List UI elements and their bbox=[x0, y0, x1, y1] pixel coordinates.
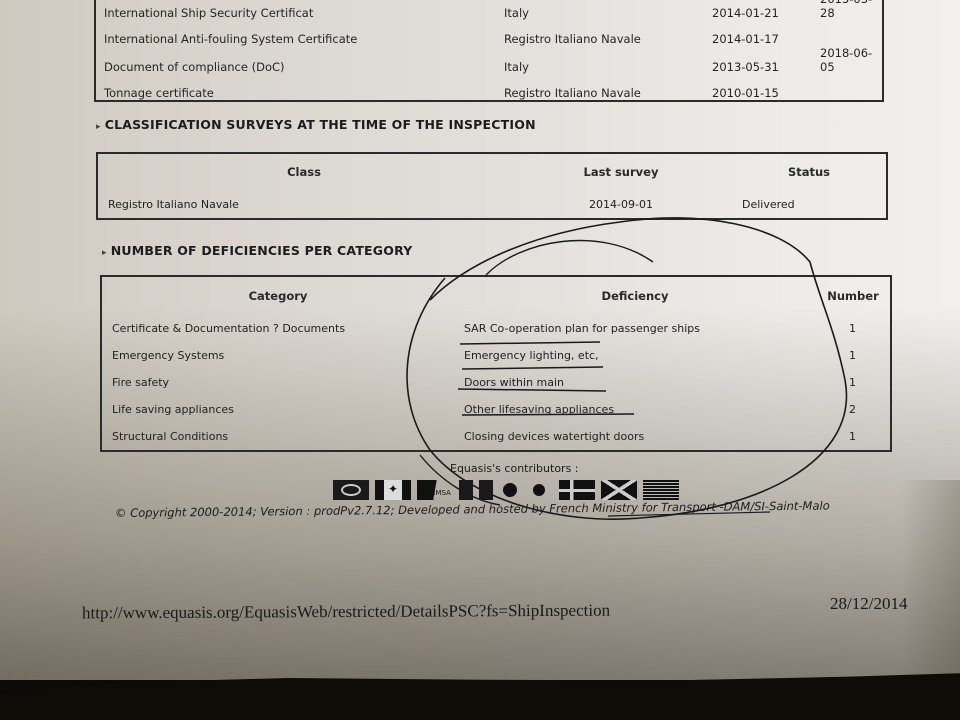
deficiency-category: Life saving appliances bbox=[101, 396, 454, 423]
cert-date-expiry bbox=[812, 74, 883, 101]
cert-date-expiry bbox=[812, 20, 883, 46]
contributor-flags: EMSA bbox=[333, 480, 679, 500]
brazil-flag-icon bbox=[333, 480, 369, 500]
bullet-icon: ▸ bbox=[102, 248, 107, 258]
table-header-row: Category Deficiency Number bbox=[101, 276, 891, 315]
norway-flag-icon bbox=[559, 480, 595, 500]
cert-date-issue: 2013-05-31 bbox=[704, 46, 812, 74]
table-row: International Anti-fouling System Certif… bbox=[95, 20, 883, 46]
bullet-icon: ▸ bbox=[96, 122, 101, 132]
last-survey-date: 2014-09-01 bbox=[510, 190, 732, 219]
cert-issuer: Registro Italiano Navale bbox=[496, 20, 704, 46]
cert-date-issue: 2014-01-21 bbox=[704, 0, 812, 20]
deficiency-category: Fire safety bbox=[101, 369, 454, 396]
deficiency-count: 1 bbox=[816, 423, 891, 451]
column-header-number: Number bbox=[816, 276, 891, 315]
deficiency-category: Emergency Systems bbox=[101, 342, 454, 369]
table-row: Tonnage certificate Registro Italiano Na… bbox=[95, 74, 883, 101]
deficiency-count: 1 bbox=[816, 369, 891, 396]
korea-flag-icon bbox=[527, 480, 553, 500]
deficiency-description: Doors within main bbox=[454, 369, 816, 396]
cert-date-expiry: 2018-06-05 bbox=[812, 46, 883, 74]
certificates-table: International Ship Security Certificat I… bbox=[94, 0, 884, 102]
table-header-row: Class Last survey Status bbox=[97, 153, 887, 190]
cert-issuer: Registro Italiano Navale bbox=[496, 74, 704, 101]
deficiency-count: 2 bbox=[816, 396, 891, 423]
class-name: Registro Italiano Navale bbox=[97, 190, 510, 219]
deficiencies-title-text: NUMBER OF DEFICIENCIES PER CATEGORY bbox=[111, 243, 413, 258]
canada-flag-icon bbox=[375, 480, 411, 500]
column-header-status: Status bbox=[732, 153, 887, 190]
column-header-last-survey: Last survey bbox=[510, 153, 732, 190]
france-flag-icon bbox=[459, 480, 473, 500]
japan-flag-icon bbox=[499, 480, 521, 500]
print-date: 28/12/2014 bbox=[830, 594, 907, 614]
italy-flag-icon bbox=[479, 480, 493, 500]
cert-name: Tonnage certificate bbox=[95, 74, 496, 101]
table-row: Fire safety Doors within main 1 bbox=[101, 369, 891, 396]
emsa-logo-text: EMSA bbox=[431, 489, 451, 497]
table-row: Structural Conditions Closing devices wa… bbox=[101, 423, 891, 451]
usa-flag-icon bbox=[643, 480, 679, 500]
table-row: Registro Italiano Navale 2014-09-01 Deli… bbox=[97, 190, 887, 219]
column-header-category: Category bbox=[101, 276, 454, 315]
deficiency-count: 1 bbox=[816, 342, 891, 369]
deficiency-description: Other lifesaving appliances bbox=[454, 396, 816, 423]
cert-name: Document of compliance (DoC) bbox=[95, 46, 496, 74]
table-row: Life saving appliances Other lifesaving … bbox=[101, 396, 891, 423]
cert-date-issue: 2010-01-15 bbox=[704, 74, 812, 101]
deficiency-category: Certificate & Documentation ? Documents bbox=[101, 315, 454, 342]
table-row: Certificate & Documentation ? Documents … bbox=[101, 315, 891, 342]
deficiency-description: Closing devices watertight doors bbox=[454, 423, 816, 451]
table-row: Emergency Systems Emergency lighting, et… bbox=[101, 342, 891, 369]
cert-issuer: Italy bbox=[496, 0, 704, 20]
cert-name: International Anti-fouling System Certif… bbox=[95, 20, 496, 46]
class-status: Delivered bbox=[732, 190, 887, 219]
uk-flag-icon bbox=[601, 480, 637, 500]
deficiency-category: Structural Conditions bbox=[101, 423, 454, 451]
deficiency-description: Emergency lighting, etc, bbox=[454, 342, 816, 369]
cert-date-issue: 2014-01-17 bbox=[704, 20, 812, 46]
cert-issuer: Italy bbox=[496, 46, 704, 74]
emsa-logo-icon: EMSA bbox=[417, 480, 453, 500]
classification-section-title: ▸CLASSIFICATION SURVEYS AT THE TIME OF T… bbox=[96, 117, 536, 132]
table-row: Document of compliance (DoC) Italy 2013-… bbox=[95, 46, 883, 74]
page-shadow bbox=[900, 480, 960, 680]
cert-name: International Ship Security Certificat bbox=[95, 0, 496, 20]
table-row: International Ship Security Certificat I… bbox=[95, 0, 883, 20]
deficiency-count: 1 bbox=[816, 315, 891, 342]
deficiencies-section-title: ▸NUMBER OF DEFICIENCIES PER CATEGORY bbox=[102, 243, 412, 258]
deficiency-description: SAR Co-operation plan for passenger ship… bbox=[454, 315, 816, 342]
print-url: http://www.equasis.org/EquasisWeb/restri… bbox=[82, 601, 610, 624]
column-header-deficiency: Deficiency bbox=[454, 276, 816, 315]
column-header-class: Class bbox=[97, 153, 510, 190]
deficiencies-table: Category Deficiency Number Certificate &… bbox=[100, 275, 892, 452]
cert-date-expiry: 2015-03-28 bbox=[812, 0, 883, 20]
classification-title-text: CLASSIFICATION SURVEYS AT THE TIME OF TH… bbox=[105, 117, 536, 132]
classification-table: Class Last survey Status Registro Italia… bbox=[96, 152, 888, 220]
contributors-label: Equasis's contributors : bbox=[450, 462, 579, 475]
